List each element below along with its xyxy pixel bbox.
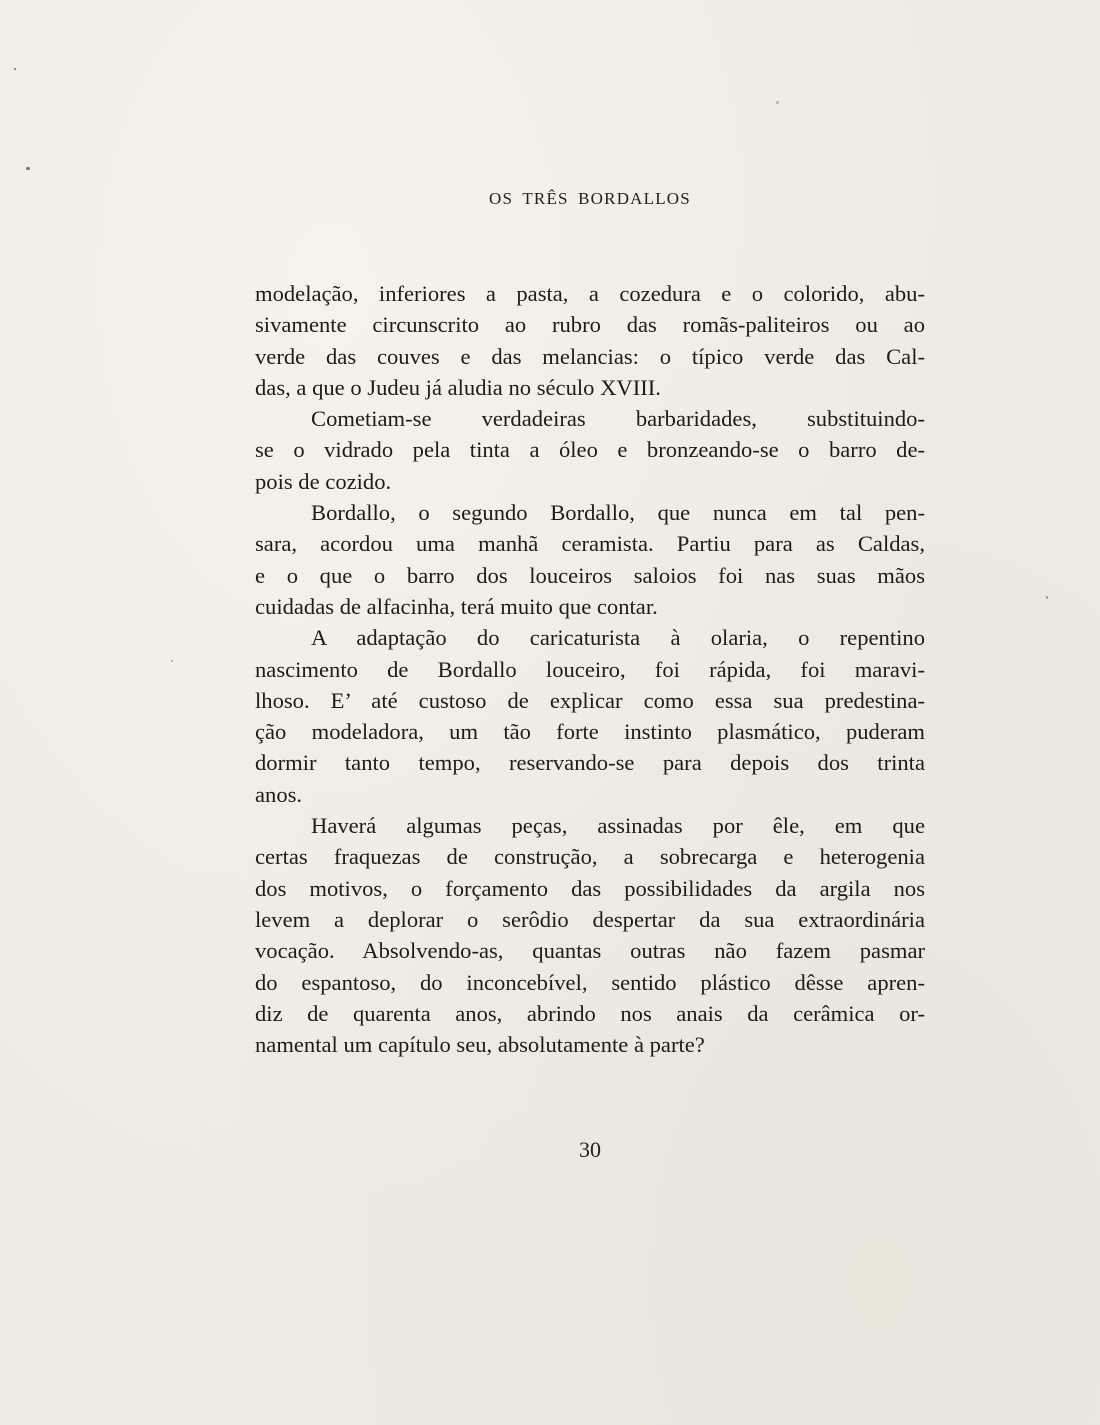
paragraph: Cometiam-se verdadeiras barbaridades, su… <box>255 403 925 497</box>
text-line: Cometiam-se verdadeiras barbaridades, su… <box>255 403 925 434</box>
text-line: e o que o barro dos louceiros saloios fo… <box>255 560 925 591</box>
text-line: vocação. Absolvendo-as, quantas outras n… <box>255 935 925 966</box>
text-line: diz de quarenta anos, abrindo nos anais … <box>255 998 925 1029</box>
text-line: dos motivos, o forçamento das possibilid… <box>255 873 925 904</box>
text-line: Haverá algumas peças, assinadas por êle,… <box>255 810 925 841</box>
running-head: OS TRÊS BORDALLOS <box>0 189 1100 209</box>
paragraph: Haverá algumas peças, assinadas por êle,… <box>255 810 925 1060</box>
text-line: sara, acordou uma manhã ceramista. Parti… <box>255 528 925 559</box>
paragraph: modelação, inferiores a pasta, a cozedur… <box>255 278 925 403</box>
paper-speck <box>776 101 779 104</box>
text-line: nascimento de Bordallo louceiro, foi ráp… <box>255 654 925 685</box>
text-line: certas fraquezas de construção, a sobrec… <box>255 841 925 872</box>
page-number: 30 <box>0 1137 1100 1163</box>
text-line: cuidadas de alfacinha, terá muito que co… <box>255 591 925 622</box>
text-line: A adaptação do caricaturista à olaria, o… <box>255 622 925 653</box>
text-line: anos. <box>255 779 925 810</box>
paper-speck <box>14 68 16 70</box>
text-line: ção modeladora, um tão forte instinto pl… <box>255 716 925 747</box>
text-line: verde das couves e das melancias: o típi… <box>255 341 925 372</box>
paragraph: A adaptação do caricaturista à olaria, o… <box>255 622 925 810</box>
text-line: lhoso. E’ até custoso de explicar como e… <box>255 685 925 716</box>
text-line: sivamente circunscrito ao rubro das romã… <box>255 309 925 340</box>
text-line: modelação, inferiores a pasta, a cozedur… <box>255 278 925 309</box>
body-text: modelação, inferiores a pasta, a cozedur… <box>255 278 925 1060</box>
paper-speck <box>1046 596 1048 599</box>
text-line: namental um capítulo seu, absolutamente … <box>255 1029 925 1060</box>
paper-speck <box>26 167 30 170</box>
text-line: pois de cozido. <box>255 466 925 497</box>
paragraph: Bordallo, o segundo Bordallo, que nunca … <box>255 497 925 622</box>
text-line: das, a que o Judeu já aludia no século X… <box>255 372 925 403</box>
text-line: se o vidrado pela tinta a óleo e bronzea… <box>255 434 925 465</box>
text-line: Bordallo, o segundo Bordallo, que nunca … <box>255 497 925 528</box>
text-line: do espantoso, do inconcebível, sentido p… <box>255 967 925 998</box>
text-line: dormir tanto tempo, reservando-se para d… <box>255 747 925 778</box>
text-line: levem a deplorar o serôdio despertar da … <box>255 904 925 935</box>
paper-speck <box>171 660 173 662</box>
